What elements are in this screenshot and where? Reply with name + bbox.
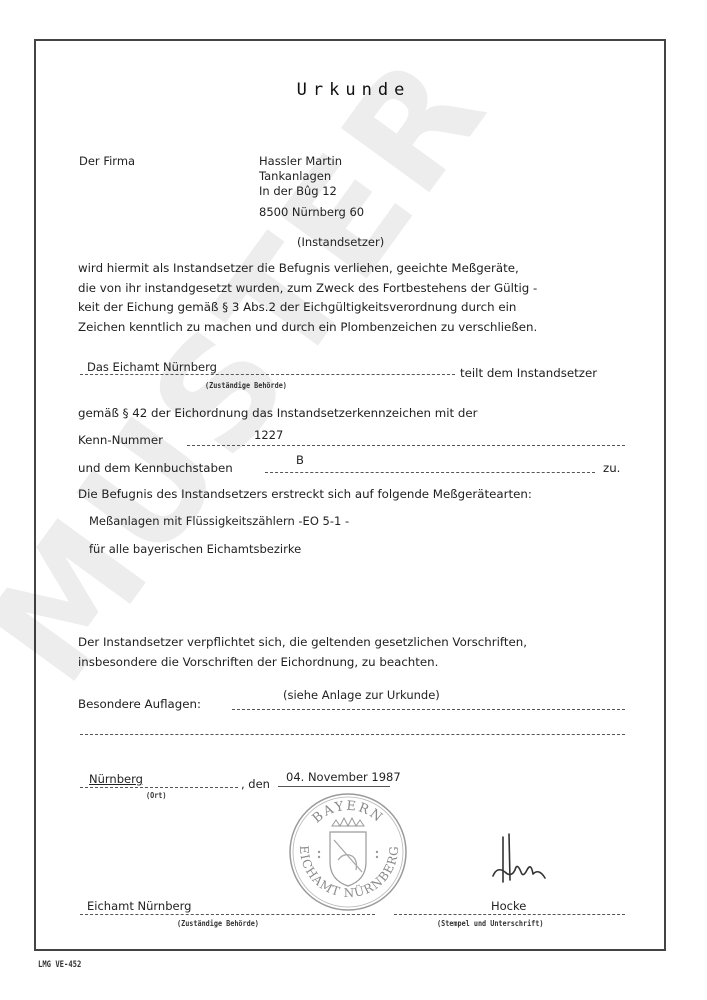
paragraph-line: insbesondere die Vorschriften der Eichor… — [78, 653, 527, 673]
authority-field-line — [80, 374, 455, 375]
firm-label: Der Firma — [79, 154, 135, 168]
form-code: LMG VE-452 — [38, 960, 81, 970]
firm-name: Hassler Martin — [259, 154, 342, 168]
paragraph-line: die von ihr instandgesetzt wurden, zum Z… — [78, 279, 537, 299]
svg-text:BAYERN: BAYERN — [310, 799, 387, 827]
kennbuchstaben-field-line — [265, 472, 595, 473]
special-conditions-field-line — [232, 709, 625, 710]
kenn-nummer-value: 1227 — [254, 428, 283, 442]
signatory-value: Hocke — [491, 899, 526, 913]
official-seal-icon: BAYERN EICHAMT NÜRNBERG — [286, 790, 410, 914]
date-value: 04. November 1987 — [286, 770, 401, 784]
signatory-sublabel: (Stempel und Unterschrift) — [437, 919, 543, 928]
scope-intro: Die Befugnis des Instandsetzers erstreck… — [78, 485, 532, 505]
paragraph-kennzeichen: gemäß § 42 der Eichordnung das Instandse… — [78, 404, 478, 424]
special-conditions-label: Besondere Auflagen: — [78, 695, 201, 715]
scope-item: für alle bayerischen Eichamtsbezirke — [89, 542, 301, 556]
scope-item: Meßanlagen mit Flüssigkeitszählern -EO 5… — [89, 514, 349, 528]
issuer-sublabel: (Zuständige Behörde) — [177, 919, 259, 928]
firm-line2: Tankanlagen — [259, 169, 331, 183]
kennbuchstaben-value: B — [296, 453, 304, 467]
firm-street: In der Bûg 12 — [259, 184, 337, 198]
kennbuchstaben-label: und dem Kennbuchstaben — [78, 459, 233, 479]
authority-value: Das Eichamt Nürnberg — [87, 360, 217, 374]
signature-icon — [483, 832, 563, 892]
kennbuchstaben-suffix: zu. — [603, 459, 620, 479]
paragraph-line: wird hiermit als Instandsetzer die Befug… — [78, 259, 537, 279]
special-conditions-field-line-2 — [80, 734, 625, 735]
date-prefix: , den — [241, 777, 270, 791]
authority-suffix: teilt dem Instandsetzer — [460, 364, 597, 384]
authority-sublabel: (Zuständige Behörde) — [205, 381, 287, 390]
issuer-field-line — [80, 914, 375, 915]
place-sublabel: (Ort) — [146, 791, 166, 800]
paragraph-line: Der Instandsetzer verpflichtet sich, die… — [78, 633, 527, 653]
firm-city: 8500 Nürnberg 60 — [259, 205, 364, 219]
kenn-nummer-label: Kenn-Nummer — [78, 431, 163, 451]
date-field-line — [278, 786, 390, 787]
paragraph-line: keit der Eichung gemäß § 3 Abs.2 der Eic… — [78, 298, 537, 318]
paragraph-authorization: wird hiermit als Instandsetzer die Befug… — [78, 259, 537, 337]
document-title: Urkunde — [0, 80, 707, 100]
paragraph-line: Zeichen kenntlich zu machen und durch ei… — [78, 318, 537, 338]
role-label: (Instandsetzer) — [297, 235, 384, 249]
special-conditions-value: (siehe Anlage zur Urkunde) — [283, 688, 440, 702]
place-value: Nürnberg — [89, 772, 143, 786]
issuer-value: Eichamt Nürnberg — [87, 899, 191, 913]
paragraph-obligations: Der Instandsetzer verpflichtet sich, die… — [78, 633, 527, 672]
signatory-field-line — [394, 914, 625, 915]
kenn-nummer-field-line — [187, 445, 625, 446]
place-field-line — [80, 787, 238, 788]
